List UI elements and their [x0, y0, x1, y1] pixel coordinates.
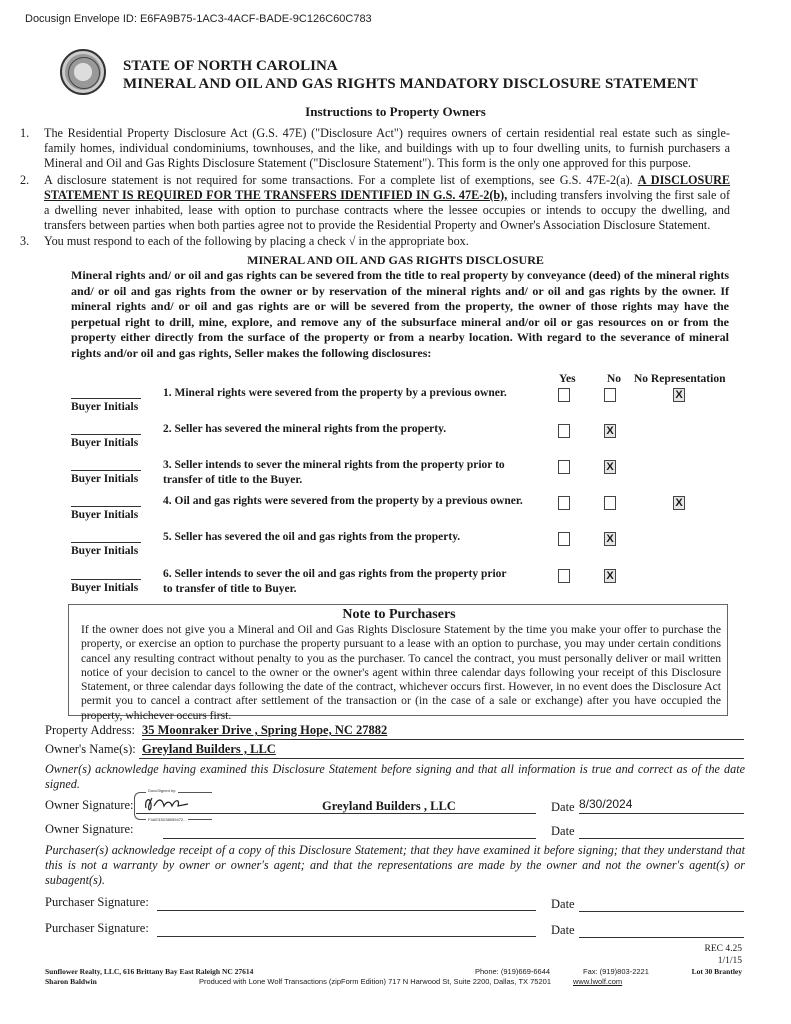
property-address-line	[142, 739, 744, 740]
buyer-initials-label: Buyer Initials	[71, 545, 138, 557]
state-title: STATE OF NORTH CAROLINA	[123, 58, 338, 75]
nc-seal-icon	[60, 49, 106, 95]
instruction-3-number: 3.	[20, 234, 29, 249]
note-body: If the owner does not give you a Mineral…	[81, 623, 721, 723]
fax-number: Fax: (919)803-2221	[583, 967, 649, 976]
instructions-heading: Instructions to Property Owners	[0, 104, 791, 120]
question-text: 6. Seller intends to sever the oil and g…	[163, 567, 507, 582]
purchaser-signature-2-date-field[interactable]	[579, 937, 744, 938]
owner-signature-2-field[interactable]	[163, 838, 536, 839]
buyer-initials-line[interactable]	[71, 434, 141, 435]
buyer-initials-line[interactable]	[71, 579, 141, 580]
checkbox-no-representation[interactable]: X	[673, 388, 685, 402]
produced-by: Produced with Lone Wolf Transactions (zi…	[199, 977, 551, 986]
question-text: 5. Seller has severed the oil and gas ri…	[163, 530, 460, 545]
buyer-initials-label: Buyer Initials	[71, 401, 138, 413]
buyer-initials-label: Buyer Initials	[71, 437, 138, 449]
checkbox-no[interactable]: X	[604, 424, 616, 438]
phone-number: Phone: (919)669-6644	[475, 967, 550, 976]
owner-signature-1-date-line	[579, 813, 744, 814]
docusign-signer-id: F4AE33D38059472...	[146, 817, 188, 822]
question-text: 2. Seller has severed the mineral rights…	[163, 422, 446, 437]
owners-name-field[interactable]: Greyland Builders , LLC	[142, 742, 276, 757]
disclosure-intro: Mineral rights and/ or oil and gas right…	[71, 268, 729, 361]
question-text: 1. Mineral rights were severed from the …	[163, 386, 507, 401]
form-id: REC 4.25	[700, 944, 742, 954]
instruction-3-text: You must respond to each of the followin…	[44, 234, 730, 249]
checkbox-no[interactable]: X	[604, 569, 616, 583]
purchaser-signature-2-field[interactable]	[157, 936, 536, 937]
owners-name-line	[139, 758, 744, 759]
column-yes: Yes	[559, 373, 576, 385]
note-title: Note to Purchasers	[69, 607, 729, 623]
question-text: 4. Oil and gas rights were severed from …	[163, 494, 523, 509]
owner-signature-2-date-field[interactable]	[579, 838, 744, 839]
instruction-1-text: The Residential Property Disclosure Act …	[44, 126, 730, 171]
disclosure-heading: MINERAL AND OIL AND GAS RIGHTS DISCLOSUR…	[0, 253, 791, 268]
lwolf-link[interactable]: www.lwolf.com	[573, 977, 622, 986]
checkbox-yes[interactable]	[558, 496, 570, 510]
owner-signature-1-date-field[interactable]: 8/30/2024	[579, 797, 632, 811]
checkbox-yes[interactable]	[558, 388, 570, 402]
purchaser-acknowledgment: Purchaser(s) acknowledge receipt of a co…	[45, 843, 745, 888]
buyer-initials-line[interactable]	[71, 506, 141, 507]
docusigned-by-label: DocuSigned by:	[146, 788, 178, 793]
buyer-initials-label: Buyer Initials	[71, 473, 138, 485]
buyer-initials-line[interactable]	[71, 542, 141, 543]
buyer-initials-label: Buyer Initials	[71, 582, 138, 594]
lot-reference: Lot 30 Brantley	[678, 967, 742, 976]
purchaser-signature-2-label: Purchaser Signature:	[45, 921, 149, 936]
instruction-2-text: A disclosure statement is not required f…	[44, 173, 730, 233]
instruction-2-text-before: A disclosure statement is not required f…	[44, 173, 638, 187]
checkbox-no-representation[interactable]: X	[673, 496, 685, 510]
buyer-initials-line[interactable]	[71, 398, 141, 399]
checkbox-yes[interactable]	[558, 569, 570, 583]
question-text-continued: transfer of title to the Buyer.	[163, 473, 302, 488]
owner-signature-2-label: Owner Signature:	[45, 822, 134, 837]
purchaser-signature-1-label: Purchaser Signature:	[45, 895, 149, 910]
property-address-label: Property Address:	[45, 723, 135, 738]
purchaser-signature-1-date-field[interactable]	[579, 911, 744, 912]
instruction-1-number: 1.	[20, 126, 29, 141]
checkbox-no[interactable]: X	[604, 532, 616, 546]
checkbox-no[interactable]	[604, 496, 616, 510]
checkbox-no[interactable]: X	[604, 460, 616, 474]
purchaser-signature-2-date-label: Date	[551, 923, 575, 938]
checkbox-yes[interactable]	[558, 460, 570, 474]
note-to-purchasers-box: Note to Purchasers If the owner does not…	[68, 604, 728, 716]
form-date: 1/1/15	[700, 956, 742, 966]
agent-name: Sharon Baldwin	[45, 977, 97, 986]
purchaser-signature-1-field[interactable]	[157, 910, 536, 911]
instruction-2-number: 2.	[20, 173, 29, 188]
owner-printed-name: Greyland Builders , LLC	[322, 799, 456, 814]
question-text: 3. Seller intends to sever the mineral r…	[163, 458, 505, 473]
checkbox-yes[interactable]	[558, 532, 570, 546]
column-no: No	[607, 373, 621, 385]
buyer-initials-label: Buyer Initials	[71, 509, 138, 521]
docusign-envelope-id: Docusign Envelope ID: E6FA9B75-1AC3-4ACF…	[25, 13, 372, 25]
purchaser-signature-1-date-label: Date	[551, 897, 575, 912]
checkbox-no[interactable]	[604, 388, 616, 402]
question-text-continued: to transfer of title to Buyer.	[163, 582, 297, 597]
owner-signature-2-date-label: Date	[551, 824, 575, 839]
property-address-field[interactable]: 35 Moonraker Drive , Spring Hope, NC 278…	[142, 723, 387, 738]
owner-signature-1-date-label: Date	[551, 800, 575, 815]
handwritten-signature-icon[interactable]	[142, 794, 222, 814]
buyer-initials-line[interactable]	[71, 470, 141, 471]
checkbox-yes[interactable]	[558, 424, 570, 438]
brokerage-info: Sunflower Realty, LLC, 616 Brittany Bay …	[45, 967, 253, 976]
form-title: MINERAL AND OIL AND GAS RIGHTS MANDATORY…	[123, 76, 698, 93]
owners-name-label: Owner's Name(s):	[45, 742, 136, 757]
column-no-representation: No Representation	[634, 373, 725, 385]
owner-signature-1-label: Owner Signature:	[45, 798, 134, 813]
